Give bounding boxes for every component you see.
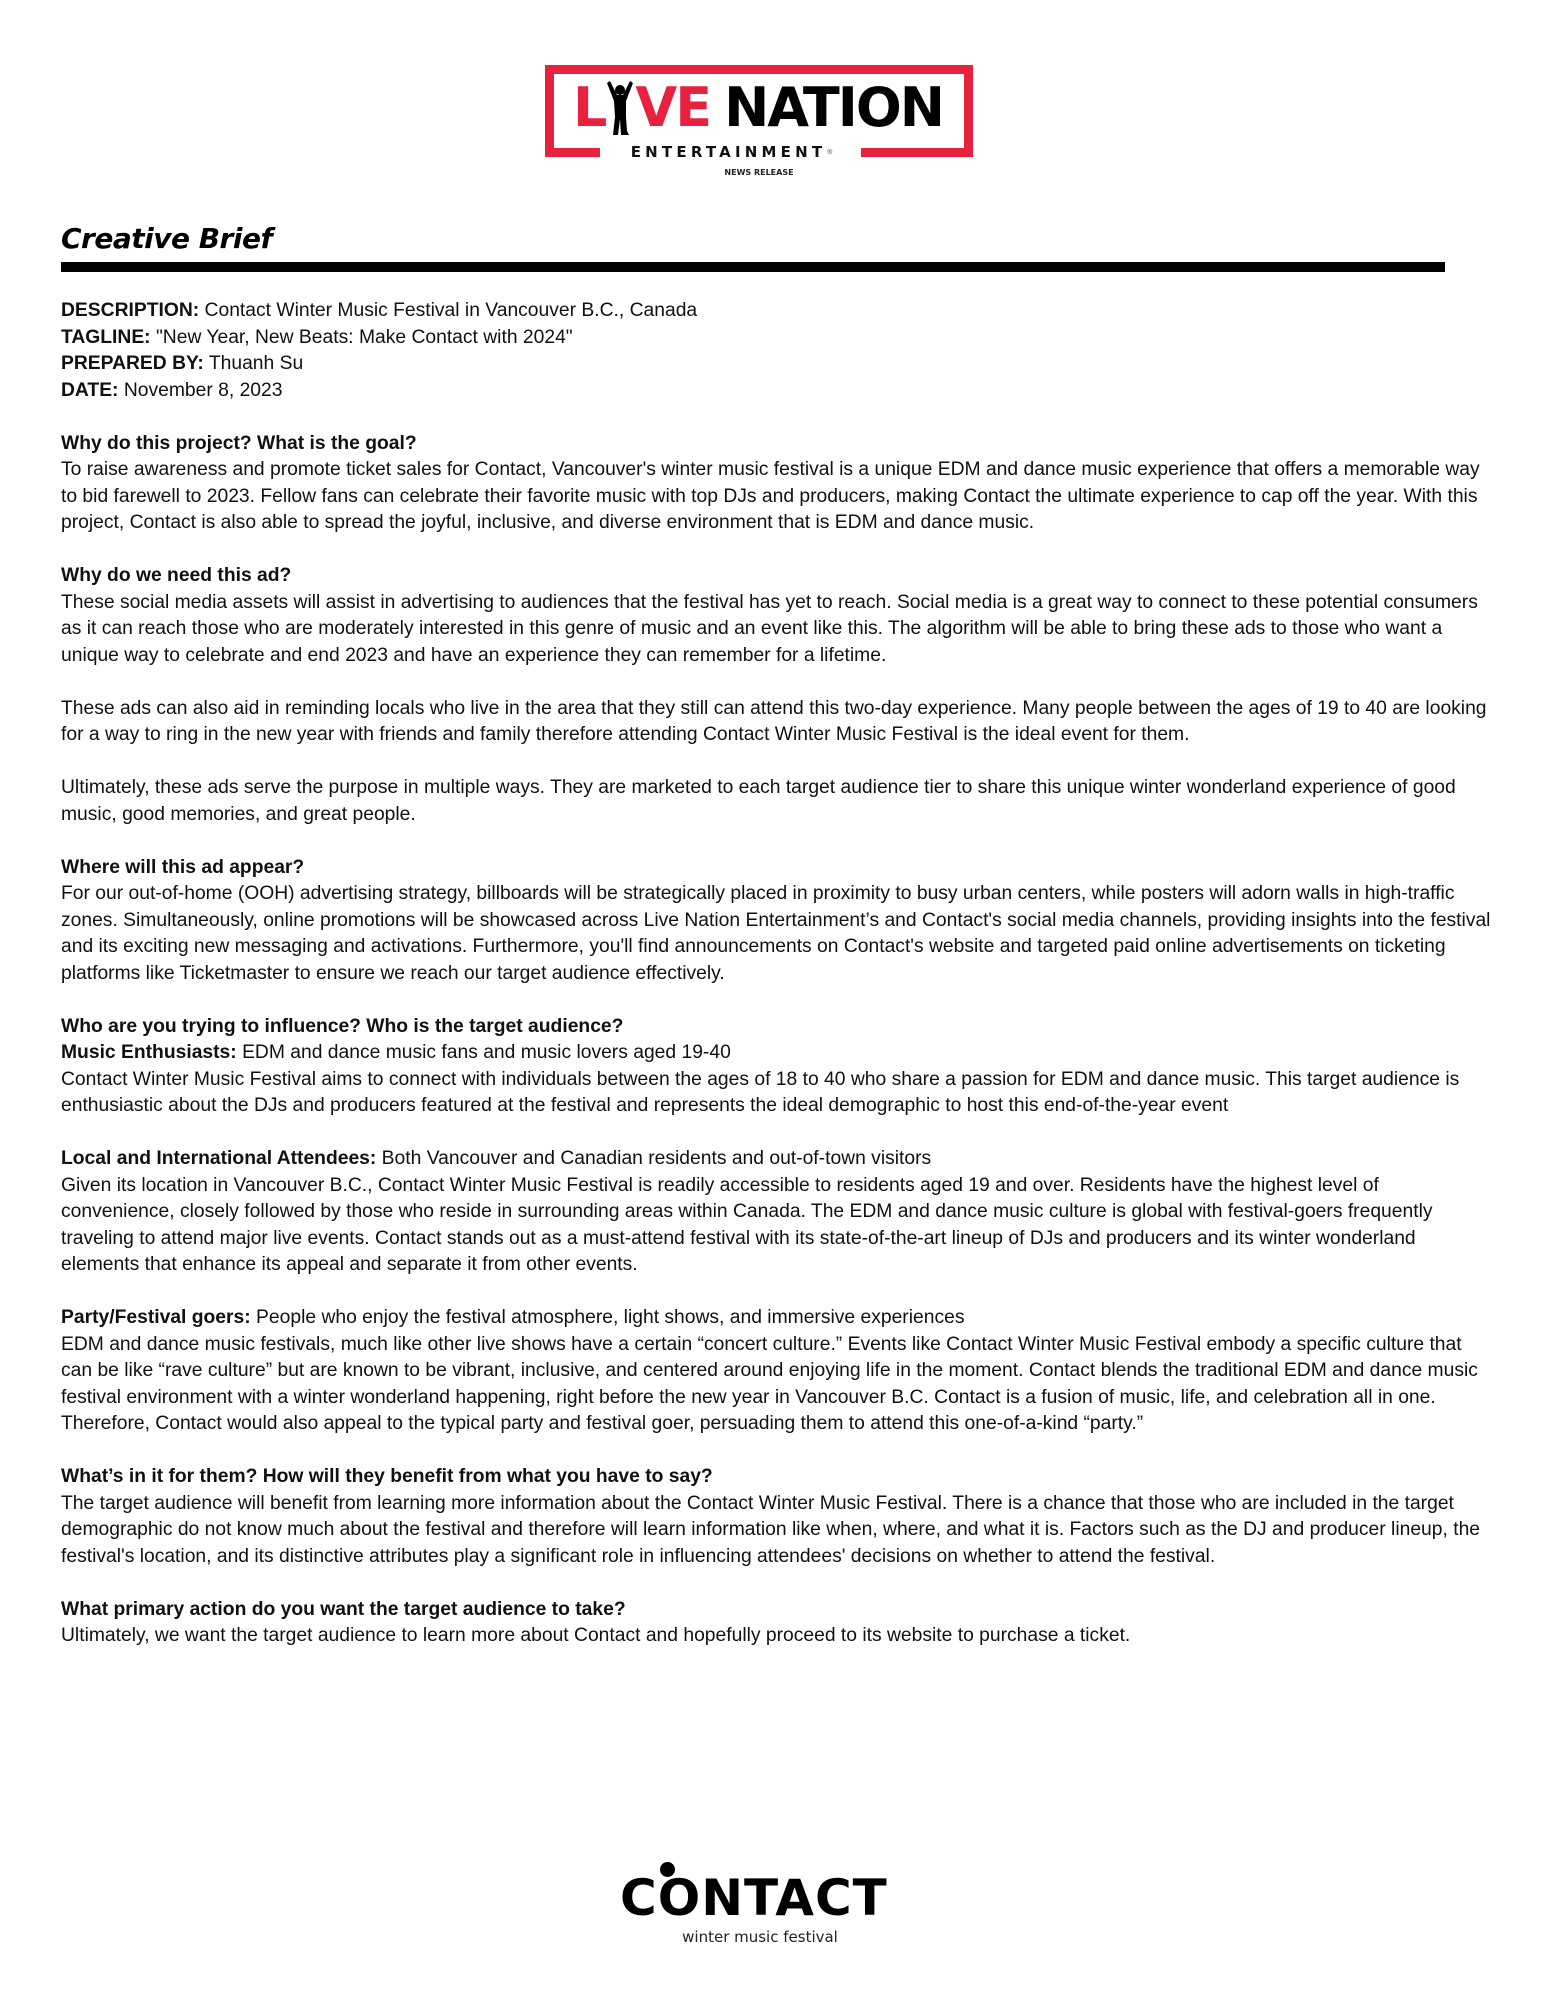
section-heading: Why do we need this ad?	[61, 563, 1491, 590]
live-nation-wordmark: LVENATION	[573, 81, 943, 135]
meta-value: "New Year, New Beats: Make Contact with …	[151, 327, 573, 348]
page-title: Creative Brief	[61, 222, 272, 255]
logo-frame	[545, 65, 973, 74]
audience-tier-summary: Party/Festival goers: People who enjoy t…	[61, 1305, 1491, 1332]
section-heading: Where will this ad appear?	[61, 855, 1491, 882]
tier-label: Party/Festival goers:	[61, 1307, 251, 1328]
section-paragraph: Ultimately, these ads serve the purpose …	[61, 775, 1491, 828]
section-heading: Who are you trying to influence? Who is …	[61, 1014, 1491, 1041]
section-heading: Why do this project? What is the goal?	[61, 431, 1491, 458]
person-arms-raised-icon	[605, 81, 635, 135]
audience-tier-body: EDM and dance music festivals, much like…	[61, 1332, 1491, 1438]
section-goal: Why do this project? What is the goal? T…	[61, 431, 1491, 537]
meta-date: DATE: November 8, 2023	[61, 378, 1491, 405]
tier-summary: People who enjoy the festival atmosphere…	[251, 1307, 965, 1328]
section-paragraph: These social media assets will assist in…	[61, 590, 1491, 670]
tier-summary: Both Vancouver and Canadian residents an…	[376, 1148, 931, 1169]
meta-block: DESCRIPTION: Contact Winter Music Festiv…	[61, 298, 1491, 404]
meta-label: DATE:	[61, 380, 118, 401]
logo-frame	[964, 65, 973, 157]
section-audience: Who are you trying to influence? Who is …	[61, 1014, 1491, 1438]
audience-tier-body: Contact Winter Music Festival aims to co…	[61, 1067, 1491, 1120]
logo-frame	[861, 148, 973, 157]
audience-tier-summary: Music Enthusiasts: EDM and dance music f…	[61, 1040, 1491, 1067]
live-nation-logo: LVENATION ENTERTAINMENT® NEWS RELEASE	[545, 65, 973, 180]
section-paragraph: For our out-of-home (OOH) advertising st…	[61, 881, 1491, 987]
meta-label: PREPARED BY:	[61, 353, 204, 374]
contact-tagline: winter music festival	[600, 1928, 920, 1946]
section-need: Why do we need this ad? These social med…	[61, 563, 1491, 828]
contact-festival-logo: CONTACT winter music festival	[600, 1855, 945, 1950]
news-release-label: NEWS RELEASE	[545, 168, 973, 177]
logo-entertainment-text: ENTERTAINMENT®	[613, 143, 851, 161]
section-paragraph: To raise awareness and promote ticket sa…	[61, 457, 1491, 537]
section-paragraph: Ultimately, we want the target audience …	[61, 1623, 1491, 1650]
section-benefit: What’s in it for them? How will they ben…	[61, 1464, 1491, 1570]
logo-live-text: VE	[635, 76, 710, 139]
logo-frame	[545, 148, 600, 157]
meta-label: DESCRIPTION:	[61, 300, 199, 321]
meta-description: DESCRIPTION: Contact Winter Music Festiv…	[61, 298, 1491, 325]
section-paragraph: The target audience will benefit from le…	[61, 1491, 1491, 1571]
section-heading: What’s in it for them? How will they ben…	[61, 1464, 1491, 1491]
audience-tier-body: Given its location in Vancouver B.C., Co…	[61, 1173, 1491, 1279]
section-action: What primary action do you want the targ…	[61, 1597, 1491, 1650]
entertainment-label: ENTERTAINMENT	[631, 143, 827, 161]
meta-value: November 8, 2023	[118, 380, 282, 401]
tier-label: Music Enthusiasts:	[61, 1042, 237, 1063]
registered-mark: ®	[826, 148, 833, 156]
meta-tagline: TAGLINE: "New Year, New Beats: Make Cont…	[61, 325, 1491, 352]
section-where: Where will this ad appear? For our out-o…	[61, 855, 1491, 988]
title-divider	[61, 262, 1445, 272]
logo-nation-text: NATION	[724, 76, 943, 139]
meta-value: Thuanh Su	[204, 353, 303, 374]
section-heading: What primary action do you want the targ…	[61, 1597, 1491, 1624]
audience-tier-summary: Local and International Attendees: Both …	[61, 1146, 1491, 1173]
tier-label: Local and International Attendees:	[61, 1148, 376, 1169]
section-paragraph: These ads can also aid in reminding loca…	[61, 696, 1491, 749]
logo-live-text: L	[573, 76, 605, 139]
brief-content: DESCRIPTION: Contact Winter Music Festiv…	[61, 298, 1491, 1650]
tier-summary: EDM and dance music fans and music lover…	[237, 1042, 731, 1063]
logo-frame	[545, 65, 554, 157]
meta-value: Contact Winter Music Festival in Vancouv…	[199, 300, 697, 321]
contact-wordmark: CONTACT	[620, 1873, 900, 1923]
meta-prepared-by: PREPARED BY: Thuanh Su	[61, 351, 1491, 378]
meta-label: TAGLINE:	[61, 327, 151, 348]
